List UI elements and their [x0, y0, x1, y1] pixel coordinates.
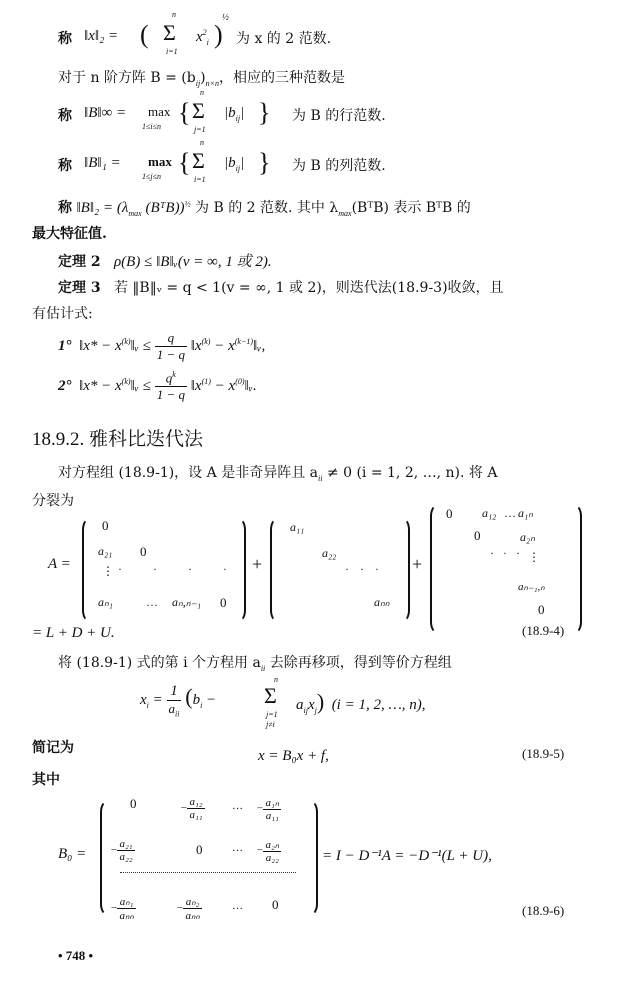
divide-text: 将 (18.9-1) 式的第 i 个方程用 aii 去除再移项，得到等价方程组 — [58, 652, 452, 673]
B0-r0c1: −a₁₂a₁₁ — [180, 796, 205, 821]
theorem-3-line2: 有估计式: — [32, 303, 93, 323]
row-norm-prefix: 称 — [58, 105, 72, 125]
col-norm-max-sub: 1≤j≤n — [142, 172, 161, 181]
eq-number-5: (18.9-5) — [522, 746, 564, 762]
U-entry: a₁ₙ — [518, 506, 533, 521]
L-diag-dots: · · · · — [118, 562, 241, 577]
row-norm-sigma: Σ — [192, 98, 205, 124]
matrix-norm-intro: 对于 n 阶方阵 B = (bij)n×n，相应的三种范数是 — [58, 67, 345, 88]
B0-r0c2: … — [232, 800, 243, 812]
theorem-3-label: 定理 3 — [58, 280, 101, 296]
short-equation: x = B₀x + f, — [258, 748, 329, 765]
vec2-suffix: 为 x 的 2 范数. — [236, 28, 331, 48]
jacobi-intro-line2: 分裂为 — [32, 490, 74, 510]
U-entry: aₙ₋₁,ₙ — [518, 580, 545, 593]
row-norm-max: max — [148, 104, 170, 120]
B0-r2c2: … — [232, 900, 243, 912]
col-norm-sigma: Σ — [192, 148, 205, 174]
vec2-sum-bottom: i=1 — [166, 47, 178, 56]
vec2-exp: ½ — [222, 12, 229, 22]
B0-r1c3: −a₂ₙa₂₂ — [256, 838, 281, 864]
col-norm-sum-bottom: i=1 — [194, 175, 206, 184]
estimate-2: 2° ‖x* − x(k)‖ᵥ ≤ qk1 − q ‖x(1) − x(0)‖ᵥ… — [58, 370, 257, 403]
vec2-term: x2i — [196, 28, 209, 47]
D-right-paren — [396, 518, 410, 622]
xi-sigma: Σ — [264, 683, 277, 709]
spectral-norm-line2: 最大特征值. — [32, 223, 107, 243]
vec2-lhs: ‖x‖₂ = — [84, 28, 118, 45]
col-norm-suffix: 为 B 的列范数. — [292, 155, 386, 175]
L-entry: ⋮ — [102, 564, 114, 579]
col-norm-max: max — [148, 154, 172, 170]
ldu-equation: = L + D + U. — [32, 625, 115, 642]
B0-right-paren — [302, 800, 318, 916]
xi-sum-bottom-1: j=1 — [266, 710, 278, 719]
B0-rhs: = I − D⁻¹A = −D⁻¹(L + U), — [322, 846, 492, 865]
col-norm-sum-top: n — [200, 138, 204, 147]
xi-term: aijxj) (i = 1, 2, …, n), — [296, 689, 426, 715]
xi-sum-bottom-2: j≠i — [266, 720, 275, 729]
vec2-sigma: Σ — [163, 20, 176, 46]
B0-r1c0: −a₂₁a₂₂ — [110, 838, 135, 863]
U-diag-dots: · · · — [490, 546, 523, 561]
vec2-prefix: 称 — [58, 28, 72, 48]
D-entry: a₂₂ — [322, 546, 336, 561]
row-norm-term: |bij| — [224, 105, 244, 123]
L-right-paren — [232, 518, 246, 622]
section-heading: 18.9.2. 雅科比迭代法 — [32, 424, 203, 451]
B0-r0c3: −a₁ₙa₁₁ — [256, 796, 281, 822]
short-label: 简记为 — [32, 737, 74, 757]
vec2-open-paren: ( — [140, 20, 149, 50]
U-entry: a₂ₙ — [520, 530, 535, 545]
eq-number-6: (18.9-6) — [522, 903, 564, 919]
theorem-3: 定理 3 若 ‖B‖ᵥ = q < 1(v = ∞, 1 或 2)，则迭代法(1… — [58, 277, 504, 297]
plus-2: + — [412, 554, 422, 575]
where-label: 其中 — [32, 769, 60, 789]
eq-number-4: (18.9-4) — [522, 623, 564, 639]
page-number: • 748 • — [58, 948, 93, 964]
D-diag-dots: · · · — [345, 562, 383, 577]
row-norm-brace-open: { — [178, 98, 190, 128]
U-right-paren — [566, 504, 582, 634]
col-norm-brace-open: { — [178, 148, 190, 178]
col-norm-term: |bij| — [224, 155, 244, 173]
jacobi-intro: 对方程组 (18.9-1)，设 A 是非奇异阵且 aii ≠ 0 (i = 1,… — [58, 462, 497, 483]
L-entry: … — [146, 595, 158, 610]
D-entry: a₁₁ — [290, 520, 304, 535]
theorem-2: 定理 2 ρ(B) ≤ ‖B‖ᵥ(v = ∞, 1 或 2). — [58, 250, 272, 271]
L-entry: 0 — [102, 518, 109, 534]
U-entry: 0 — [538, 602, 545, 618]
U-left-paren — [430, 504, 446, 634]
plus-1: + — [252, 554, 262, 575]
xi-equation: xi = 1aii (bi − — [140, 683, 216, 719]
U-entry: … — [504, 506, 516, 521]
B0-r0c0: 0 — [130, 796, 137, 812]
D-left-paren — [270, 518, 284, 622]
B0-r2c0: −aₙ₁aₙₙ — [110, 895, 136, 922]
B0-dotted-row — [120, 872, 296, 873]
vec2-sum-top: n — [172, 10, 176, 19]
U-entry: 0 — [474, 528, 481, 544]
D-entry: aₙₙ — [374, 595, 390, 610]
row-norm-brace-close: } — [258, 98, 270, 128]
split-lhs: A = — [48, 556, 71, 573]
row-norm-lhs: ‖B‖∞ = — [84, 105, 126, 122]
B0-r1c1: 0 — [196, 842, 203, 858]
row-norm-sum-top: n — [200, 88, 204, 97]
L-entry: 0 — [140, 544, 147, 560]
B0-r2c1: −aₙ₂aₙₙ — [176, 895, 202, 922]
B0-lhs: B₀ = — [58, 846, 86, 863]
L-left-paren — [82, 518, 96, 622]
U-entry: ⋮ — [528, 550, 540, 565]
L-entry: 0 — [220, 595, 227, 611]
col-norm-prefix: 称 — [58, 155, 72, 175]
L-entry: aₙ₁ — [98, 595, 113, 610]
col-norm-brace-close: } — [258, 148, 270, 178]
U-entry: a₁₂ — [482, 506, 496, 521]
row-norm-max-sub: 1≤i≤n — [142, 122, 161, 131]
L-entry: a₂₁ — [98, 544, 112, 559]
theorem-2-label: 定理 2 — [58, 254, 101, 270]
estimate-1: 1° ‖x* − x(k)‖ᵥ ≤ q1 − q ‖x(k) − x(k−1)‖… — [58, 330, 265, 363]
col-norm-lhs: ‖B‖₁ = — [84, 155, 121, 172]
vec2-close-paren: ) — [214, 20, 223, 50]
spectral-norm-line1: 称 ‖B‖₂ = (λmax (BᵀB))½ 为 B 的 2 范数. 其中 λm… — [58, 197, 471, 218]
L-entry: aₙ,ₙ₋₁ — [172, 595, 201, 610]
row-norm-sum-bottom: j=1 — [194, 125, 206, 134]
B0-r2c3: 0 — [272, 897, 279, 913]
U-entry: 0 — [446, 506, 453, 522]
B0-r1c2: … — [232, 842, 243, 854]
row-norm-suffix: 为 B 的行范数. — [292, 105, 386, 125]
